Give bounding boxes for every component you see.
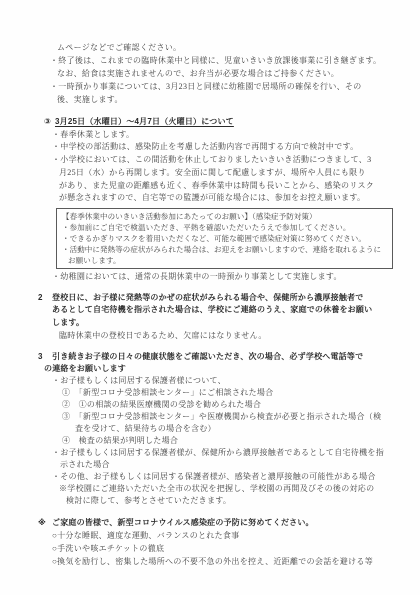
prevention-item-3: ○換気を励行し、密集した場所への不要不急の外出を控え、近距離での会話を避ける等 — [0, 555, 420, 568]
spacer — [0, 106, 420, 116]
prevention-heading-text: ご家庭の皆様で、新型コロナウイルス感染症の予防に努めてください。 — [52, 518, 314, 527]
elementary-bullet-line-4: が懸念されますので、自宅等での監護が可能な場合には、参加をお控え願います。 — [0, 192, 420, 205]
section-3-number: 3 — [38, 351, 52, 363]
intro-line-5: 後、実施します。 — [0, 93, 420, 106]
section-3-heading-line-2: の連絡をお願いします — [0, 363, 420, 375]
notice-box-line-2: ・できるかぎりマスクを着用いただくなど、可能な範囲で感染症対策に努めてください。 — [62, 233, 387, 244]
prevention-heading: ※ご家庭の皆様で、新型コロナウイルス感染症の予防に努めてください。 — [0, 516, 420, 529]
section-2-heading-text-1: 登校日に、お子様に発熱等のかぜの症状がみられる場合や、保健所から濃厚接触者で — [52, 293, 363, 302]
section-3: 3引き続きお子様の日々の健康状態をご確認いただき、次の場合、必ず学校へ電話等で … — [0, 351, 420, 507]
guardian-bullet: ・お子様もしくは同居する保護者様について、 — [0, 375, 420, 387]
school-report-note-line-2: 検討に際して、参考とさせていただきます。 — [0, 495, 420, 507]
elementary-bullet-line-3: があり、また児童の距離感も近く、春季休業中は時間も長いことから、感染のリスク — [0, 180, 420, 193]
prevention-item-2: ○手洗いや咳エチケットの徹底 — [0, 542, 420, 555]
section-2-number: 2 — [38, 292, 52, 305]
school-report-note-line-1: ※学校園にご連絡いただいた全市の状況を把握し、学校園の再開及びその後の対応の — [0, 483, 420, 495]
intro-paragraph: ムページなどでご確認ください。 ・終了後は、これまでの臨時休業中と同様に、児童い… — [0, 41, 420, 106]
schedule-marker: ③ — [44, 116, 51, 129]
intro-line-4: ・一時預かり事業については、3月23日と同様に幼稚園で居場所の確保を行い、その — [0, 80, 420, 93]
notice-box-line-3: ・活動中に発熱等の症状がみられた場合は、お迎えをお願いしますので、連絡を取れるよ… — [62, 244, 387, 255]
home-standby-line-2: 示された場合 — [0, 459, 420, 471]
notice-box-line-4: お願いします。 — [62, 255, 387, 266]
home-standby-line-1: ・お子様もしくは同居する保護者様が、保健所から濃厚接触者であるとして自宅待機を指 — [0, 447, 420, 459]
section-2-heading-line-2: あるとして自宅待機を指示された場合は、学校にご連絡のうえ、家庭での休養をお願い — [0, 304, 420, 317]
numbered-item-3-continuation: 査を受けて、結果待ちの場合を含む） — [0, 423, 420, 435]
document-page: ムページなどでご確認ください。 ・終了後は、これまでの臨時休業中と同様に、児童い… — [0, 0, 420, 595]
spacer — [0, 342, 420, 351]
numbered-item-2: ② ①の相談の結果医療機関の受診を勧められた場合 — [0, 399, 420, 411]
section-2-heading-line-3: します。 — [0, 317, 420, 330]
prevention-section: ※ご家庭の皆様で、新型コロナウイルス感染症の予防に努めてください。 ○十分な睡眠… — [0, 516, 420, 568]
spacer — [0, 507, 420, 516]
schedule-section-heading: ③3月25日（水曜日）～4月7日（火曜日）について — [0, 116, 420, 129]
notice-box-line-1: ・参加前にご自宅で検温いただき、平熱を確認いただいたうえで参加してください。 — [62, 222, 387, 233]
section-2-heading-line-1: 2登校日に、お子様に発熱等のかぜの症状がみられる場合や、保健所から濃厚接触者で — [0, 292, 420, 305]
section-2: 2登校日に、お子様に発熱等のかぜの症状がみられる場合や、保健所から濃厚接触者で … — [0, 292, 420, 343]
kindergarten-bullet: ・幼稚園においては、通常の長期休業中の一時預かり事業として実施します。 — [0, 271, 420, 284]
section-3-heading-text-1: 引き続きお子様の日々の健康状態をご確認いただき、次の場合、必ず学校へ電話等で — [52, 352, 363, 361]
notice-box-title: 【春季休業中のいきいき活動参加にあたってのお願い】（感染症予防対策） — [62, 211, 387, 222]
notice-box: 【春季休業中のいきいき活動参加にあたってのお願い】（感染症予防対策） ・参加前に… — [56, 208, 393, 269]
elementary-bullet-line-1: ・小学校においては、この間活動を休止しておりましたいきいき活動につきまして、3 — [0, 154, 420, 167]
numbered-item-1: ① 「新型コロナ受診相談センター」にご相談された場合 — [0, 387, 420, 399]
section-2-note: 臨時休業中の登校日であるため、欠席にはなりません。 — [0, 330, 420, 343]
intro-line-2: ・終了後は、これまでの臨時休業中と同様に、児童いきいき放課後事業に引き継ぎます。 — [0, 54, 420, 67]
spacer — [0, 284, 420, 292]
spring-break-bullet: ・春季休業とします。 — [0, 129, 420, 142]
prevention-marker: ※ — [38, 516, 52, 529]
section-3-heading-line-1: 3引き続きお子様の日々の健康状態をご確認いただき、次の場合、必ず学校へ電話等で — [0, 351, 420, 363]
schedule-heading-text: 3月25日（水曜日）～4月7日（火曜日）について — [55, 117, 234, 126]
intro-line-1: ムページなどでご確認ください。 — [0, 41, 420, 54]
prevention-item-1: ○十分な睡眠、適度な運動、バランスのとれた食事 — [0, 529, 420, 542]
schedule-section: ③3月25日（水曜日）～4月7日（火曜日）について ・春季休業とします。 ・中学… — [0, 116, 420, 284]
elementary-bullet-line-2: 月25日（水）から再開します。安全面に関して配慮しますが、場所や人員にも限り — [0, 167, 420, 180]
intro-line-3: なお、給食は実施されませんので、お弁当が必要な場合はご持参ください。 — [0, 67, 420, 80]
numbered-item-3: ③ 「新型コロナ受診相談センター」や医療機関から検査が必要と指示された場合（検 — [0, 411, 420, 423]
junior-high-bullet: ・中学校の部活動は、感染防止を考慮した活動内容で再開する方向で検討中です。 — [0, 141, 420, 154]
other-contact-bullet: ・その他、お子様もしくは同居する保護者様が、感染者と濃厚接触の可能性がある場合 — [0, 471, 420, 483]
numbered-item-4: ④ 検査の結果が判明した場合 — [0, 435, 420, 447]
